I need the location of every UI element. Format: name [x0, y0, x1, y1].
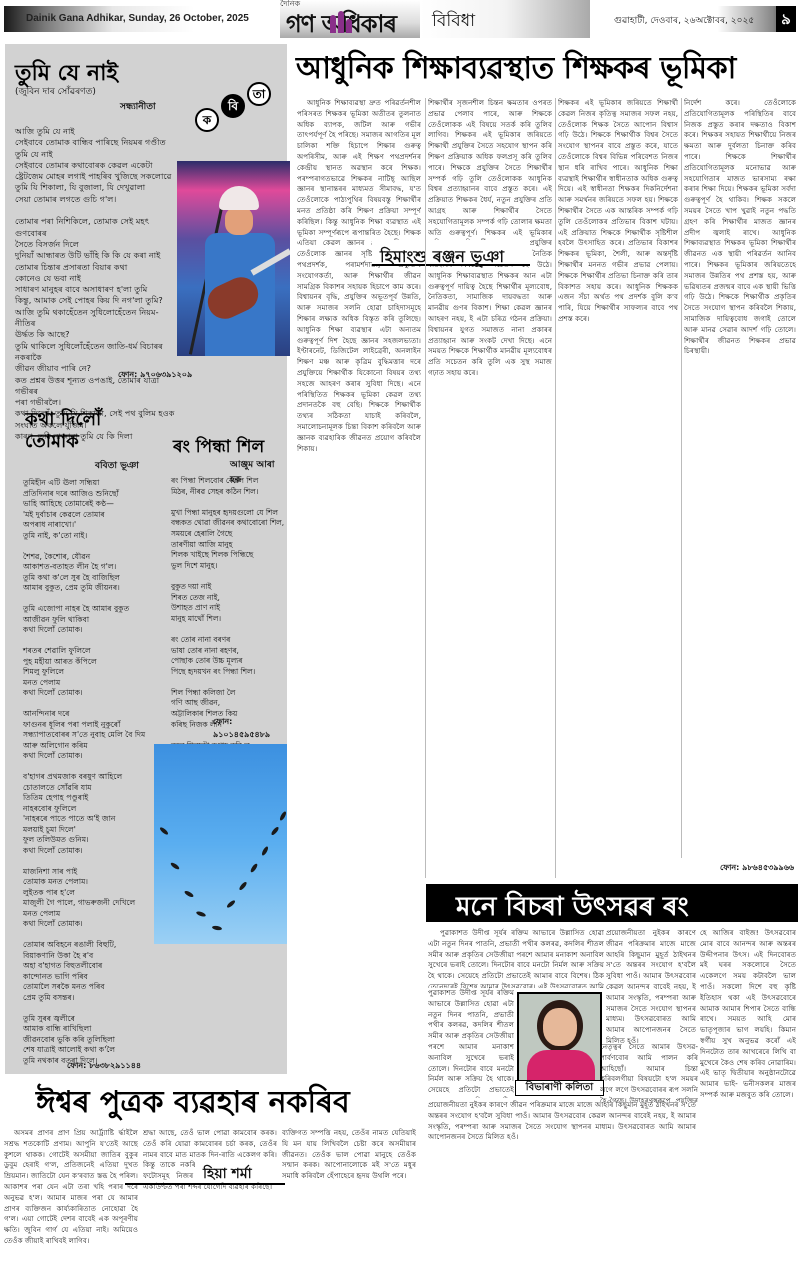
people-logo-icon [330, 9, 352, 33]
poem2-author: ববিতা ভূঞা [95, 458, 139, 473]
page-number: ৯ [776, 6, 796, 32]
article1-column-3: শিক্ষকৰ এই ভূমিকাৰ জৰিয়তে শিক্ষাৰ্থী কে… [558, 98, 678, 880]
poem1-author: সন্ধ্যানীতা [120, 99, 156, 114]
article3-column-1: অসমৰ প্ৰাণৰ প্ৰাণ প্ৰিয় আৰ্ট্ৰ্যাষ্টি ৰ… [4, 1128, 138, 1265]
article1-column-2: শিক্ষাৰ্থীৰ সৃজনশীল চিন্তন ক্ষমতাৰ ওপৰত … [428, 98, 552, 850]
column-divider [425, 98, 426, 878]
poem2-verse: তুমিহীন এটি ঊলা সন্ধিয়া প্ৰতিদিনাৰ দৰে … [23, 478, 148, 1066]
birds-photo [154, 744, 287, 944]
article1-phone: ফোন: ৯৮৬৪৫৩৯৯৬৬ [720, 862, 794, 875]
kobita-letter-3: তা [247, 82, 271, 106]
article2-column-1b: পুৱাকাশত উদীপ্ত সূৰ্যৰ ৰক্তিম আভাৰে উল্ল… [428, 988, 514, 1098]
article2-column-3: হে আজিৰ বাইজ! উৎসৱবোৰ মোৰ বাবে আনন্দৰ আৰ… [700, 928, 796, 1258]
newspaper-logo: দৈনিক গণ অধিকাৰ [280, 0, 420, 38]
article3-side-column: নেতৃত্বৰ সৈতে আমাৰ উৎসৱ-পাৰ্বণবোৰ আমি পা… [600, 1042, 698, 1102]
poem2-phone: ফোন: ৮৬৩৮২৯১১৪৪ [67, 1060, 141, 1073]
poem1-phone: ফোন: ৯৭০৬৩৯১২০৯ [118, 369, 192, 382]
article2-headline: মনে বিচৰা উৎসৱৰ ৰং [456, 886, 689, 930]
article3-byline: হিয়া শৰ্মা [195, 1160, 281, 1182]
article1-byline-text: হিমাংশু ৰঞ্জন ভূঞা [380, 244, 504, 271]
author-photo [517, 992, 602, 1082]
article2-column-1: পুৱাকাশত উদীপ্ত সূৰ্যৰ ৰক্তিম আভাৰে উল্ল… [428, 928, 604, 988]
article1-headline: আধুনিক শিক্ষাব্যৱস্থাত শিক্ষকৰ ভূমিকা [296, 44, 736, 95]
article1-column-4: নিৰ্দেশ কৰে। তেওঁলোকে প্ৰতিযোগিতামূলক পৰ… [684, 98, 796, 858]
date-banner: গুৱাহাটী, দেওবাৰ, ২৬অক্টোবৰ, ২০২৫ ৯ [600, 6, 796, 32]
poetry-panel: তুমি যে নাই (জুবিন দাৰ সোঁৱৰণত) সন্ধ্যান… [5, 44, 287, 1074]
kobita-letter-1: ক [195, 108, 219, 132]
article1-column-1: আধুনিক শিক্ষাব্যৱস্থা দ্ৰুত পৰিৱৰ্তনশীল … [297, 98, 421, 850]
column-divider [555, 98, 556, 878]
poem3-phone: ফোন: ৯১০১৪৫৯৫৪৮৯ [213, 716, 287, 742]
edition-banner: Dainik Gana Adhikar, Sunday, 26 October,… [4, 6, 276, 32]
article2-byline: বিভাৰাণী কলিতা [515, 1080, 604, 1096]
local-date: গুৱাহাটী, দেওবাৰ, ২৬অক্টোবৰ, ২০২৫ [614, 13, 754, 28]
article3-headline: ঈশ্বৰ পুত্ৰক ব্যৱহাৰ নকৰিব [36, 1078, 350, 1129]
poem2-title-line2: তোমাক [25, 431, 79, 453]
singer-photo [177, 161, 290, 356]
poem1-verse: আজি তুমি যে নাই সেইবাবে তোমাক বান্ধিব পা… [15, 126, 175, 442]
column-divider [681, 98, 682, 858]
kobita-letter-2: বি [221, 94, 245, 118]
masthead: Dainik Gana Adhikar, Sunday, 26 October,… [0, 0, 800, 38]
poem1-subtitle: (জুবিন দাৰ সোঁৱৰণত) [15, 84, 96, 99]
article3-column-3: ব্যক্তিগত সম্পত্তি নহয়, তেওঁৰ নামত যেতি… [282, 1128, 416, 1265]
article2-column-4: প্ৰয়োজনীয়তা নুইকৰ কাৰণে জীৱন পৰিক্ৰমাৰ… [428, 1100, 696, 1260]
section-title: বিবিধা [432, 8, 475, 36]
edition-line: Dainik Gana Adhikar, Sunday, 26 October,… [26, 13, 249, 24]
section-banner: বিবিধা [420, 0, 590, 38]
poem2-title-line1: কথা দিলোঁ [25, 409, 101, 431]
article3-column-2: শ্ৰদ্ধা আছে, তেওঁ ভাল পোৱা কামবোৰ কৰক। ত… [143, 1128, 277, 1265]
article1-byline: হিমাংশু ৰঞ্জন ভূঞা [372, 240, 530, 266]
article2-headline-band: মনে বিচৰা উৎসৱৰ ৰং [426, 884, 798, 922]
